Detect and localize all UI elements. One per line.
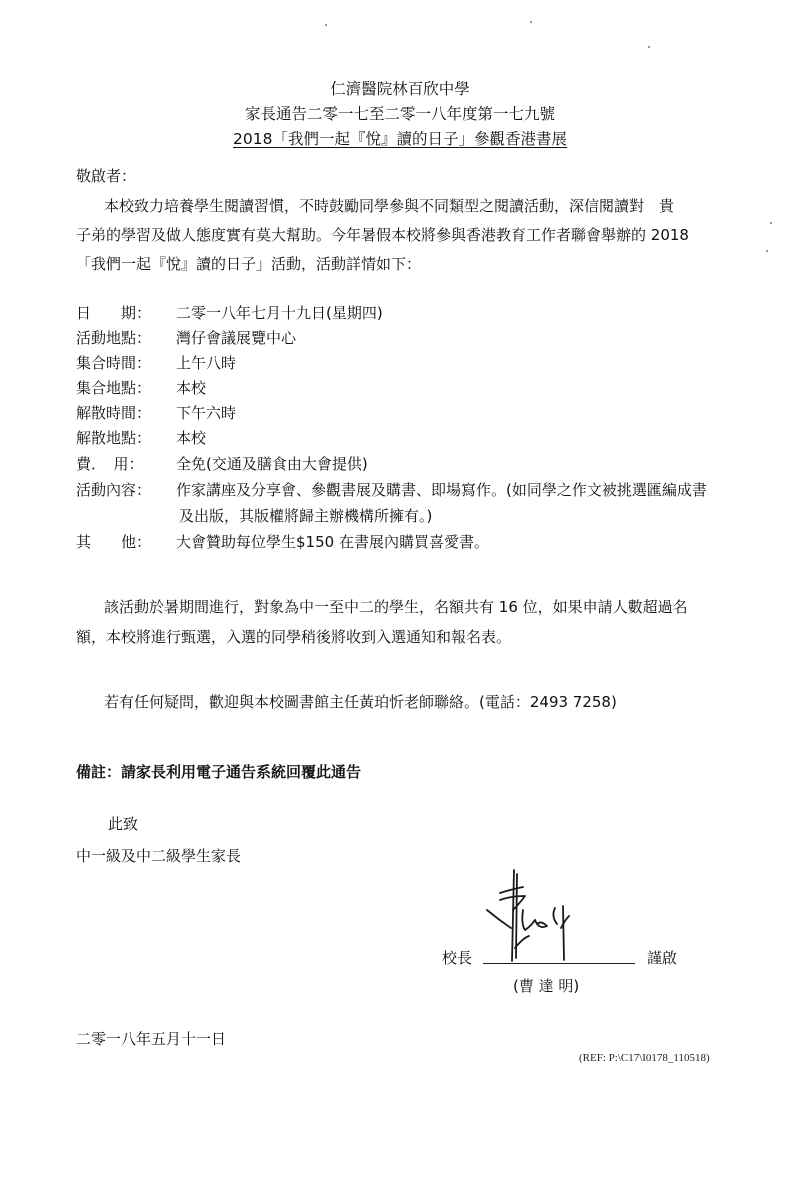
detail-other: 其 他：大會贊助每位學生$150 在書展內購買喜愛書。 [76,532,489,552]
detail-label: 活動內容： [76,480,176,500]
detail-content-continuation: 及出版，其版權將歸主辦機構所擁有。) [179,506,432,526]
notice-title-text: 2018「我們一起『悅』讀的日子」參觀香港書展 [233,130,567,148]
detail-label: 其 他： [76,532,176,552]
closing-greeting: 此致 [108,814,138,834]
detail-label: 解散時間： [76,403,176,423]
notice-date: 二零一八年五月十一日 [76,1029,226,1049]
intro-line-1: 本校致力培養學生閱讀習慣，不時鼓勵同學參與不同類型之閱讀活動，深信閱讀對 貴 [104,196,674,216]
detail-value: 本校 [176,429,206,447]
detail-value: 大會贊助每位學生$150 在書展內購買喜愛書。 [176,533,489,551]
selection-line-2: 額，本校將進行甄選，入選的同學稍後將收到入選通知和報名表。 [76,627,511,647]
salutation: 敬啟者： [76,166,136,186]
detail-fee: 費． 用：全免(交通及膳食由大會提供) [76,454,368,474]
contact-paragraph: 若有任何疑問，歡迎與本校圖書館主任黃珀忻老師聯絡。(電話：2493 7258) [104,692,617,712]
detail-value: 灣仔會議展覽中心 [176,329,296,347]
detail-assembly-time: 集合時間：上午八時 [76,353,236,373]
detail-dismissal-place: 解散地點：本校 [76,428,206,448]
principal-title: 校長 [442,948,472,968]
detail-value: 上午八時 [176,354,236,372]
detail-label: 日 期： [76,303,176,323]
reference-code: (REF: P:\C17\I0178_110518) [579,1052,710,1064]
detail-label: 集合時間： [76,353,176,373]
detail-dismissal-time: 解散時間：下午六時 [76,403,236,423]
selection-line-1: 該活動於暑期間進行，對象為中一至中二的學生，名額共有 16 位，如果申請人數超過… [104,597,688,617]
scan-artifact [770,222,772,224]
detail-label: 費． 用： [76,454,176,474]
closing-recipients: 中一級及中二級學生家長 [76,846,241,866]
school-name: 仁濟醫院林百欣中學 [0,79,800,99]
principal-name: (曹 達 明) [513,976,579,996]
detail-content: 活動內容：作家講座及分享會、參觀書展及購書、即場寫作。(如同學之作文被挑選匯編成… [76,480,707,500]
scan-artifact [766,250,768,252]
detail-venue: 活動地點：灣仔會議展覽中心 [76,328,296,348]
signature-scribble-icon [485,868,605,968]
intro-line-3: 「我們一起『悅』讀的日子」活動，活動詳情如下： [76,254,421,274]
scan-artifact [648,46,650,48]
scan-artifact [325,24,327,26]
scan-artifact [530,21,532,23]
detail-label: 集合地點： [76,378,176,398]
detail-label: 活動地點： [76,328,176,348]
detail-value: 全免(交通及膳食由大會提供) [176,455,368,473]
notice-title: 2018「我們一起『悅』讀的日子」參觀香港書展 [0,129,800,149]
detail-value: 二零一八年七月十九日(星期四) [176,304,383,322]
notice-number: 家長通告二零一七至二零一八年度第一七九號 [0,104,800,124]
remark: 備註：請家長利用電子通告系統回覆此通告 [76,762,361,782]
detail-value: 下午六時 [176,404,236,422]
detail-assembly-place: 集合地點：本校 [76,378,206,398]
detail-value: 作家講座及分享會、參觀書展及購書、即場寫作。(如同學之作文被挑選匯編成書 [176,481,707,499]
detail-label: 解散地點： [76,428,176,448]
detail-date: 日 期：二零一八年七月十九日(星期四) [76,303,383,323]
detail-value: 本校 [176,379,206,397]
sign-off: 謹啟 [647,948,677,968]
intro-line-2: 子弟的學習及做人態度實有莫大幫助。今年暑假本校將參與香港教育工作者聯會舉辦的 2… [76,225,689,245]
